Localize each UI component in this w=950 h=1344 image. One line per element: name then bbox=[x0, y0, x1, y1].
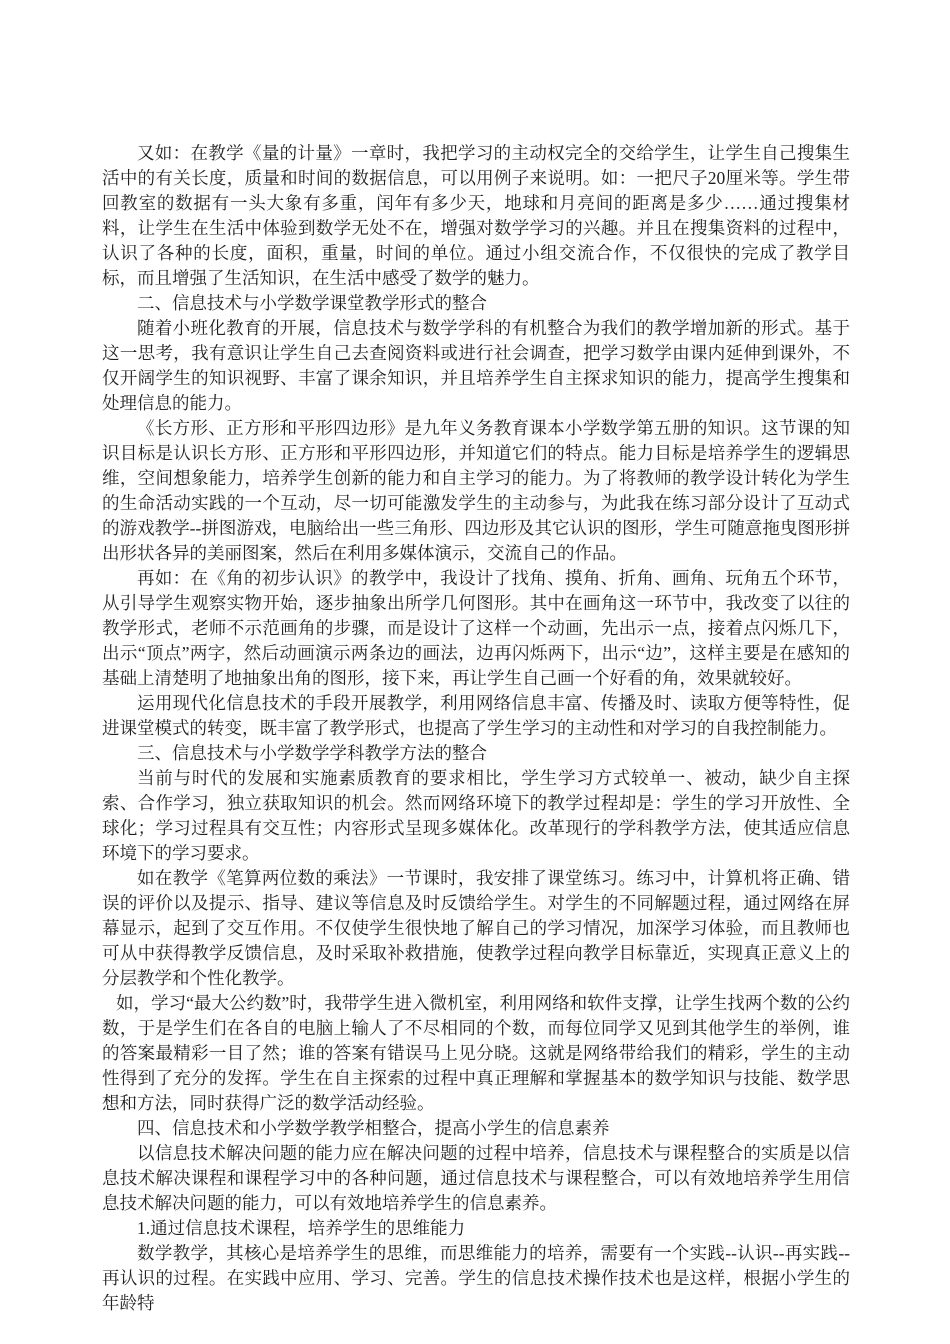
section-heading: 四、信息技术和小学数学教学相整合，提高小学生的信息素养 bbox=[102, 1116, 850, 1141]
paragraph: 如在教学《笔算两位数的乘法》一节课时，我安排了课堂练习。练习中，计算机将正确、错… bbox=[102, 866, 850, 991]
document-body: 又如：在教学《量的计量》一章时，我把学习的主动权完全的交给学生，让学生自己搜集生… bbox=[102, 141, 850, 1316]
paragraph: 当前与时代的发展和实施素质教育的要求相比，学生学习方式较单一、被动，缺少自主探索… bbox=[102, 766, 850, 866]
section-heading: 三、信息技术与小学数学学科教学方法的整合 bbox=[102, 741, 850, 766]
document-page: 又如：在教学《量的计量》一章时，我把学习的主动权完全的交给学生，让学生自己搜集生… bbox=[0, 0, 950, 1344]
section-heading: 二、信息技术与小学数学课堂教学形式的整合 bbox=[102, 291, 850, 316]
paragraph: 再如：在《角的初步认识》的教学中，我设计了找角、摸角、折角、画角、玩角五个环节，… bbox=[102, 566, 850, 691]
paragraph: 又如：在教学《量的计量》一章时，我把学习的主动权完全的交给学生，让学生自己搜集生… bbox=[102, 141, 850, 291]
paragraph: 数学教学，其核心是培养学生的思维，而思维能力的培养，需要有一个实践--认识--再… bbox=[102, 1241, 850, 1316]
paragraph: 随着小班化教育的开展，信息技术与数学学科的有机整合为我们的教学增加新的形式。基于… bbox=[102, 316, 850, 416]
paragraph: 如，学习“最大公约数”时，我带学生进入微机室，利用网络和软件支撑，让学生找两个数… bbox=[102, 991, 850, 1116]
sub-heading: 1.通过信息技术课程，培养学生的思维能力 bbox=[102, 1216, 850, 1241]
paragraph: 以信息技术解决问题的能力应在解决问题的过程中培养，信息技术与课程整合的实质是以信… bbox=[102, 1141, 850, 1216]
paragraph: 运用现代化信息技术的手段开展教学，利用网络信息丰富、传播及时、读取方便等特性，促… bbox=[102, 691, 850, 741]
paragraph: 《长方形、正方形和平形四边形》是九年义务教育课本小学数学第五册的知识。这节课的知… bbox=[102, 416, 850, 566]
